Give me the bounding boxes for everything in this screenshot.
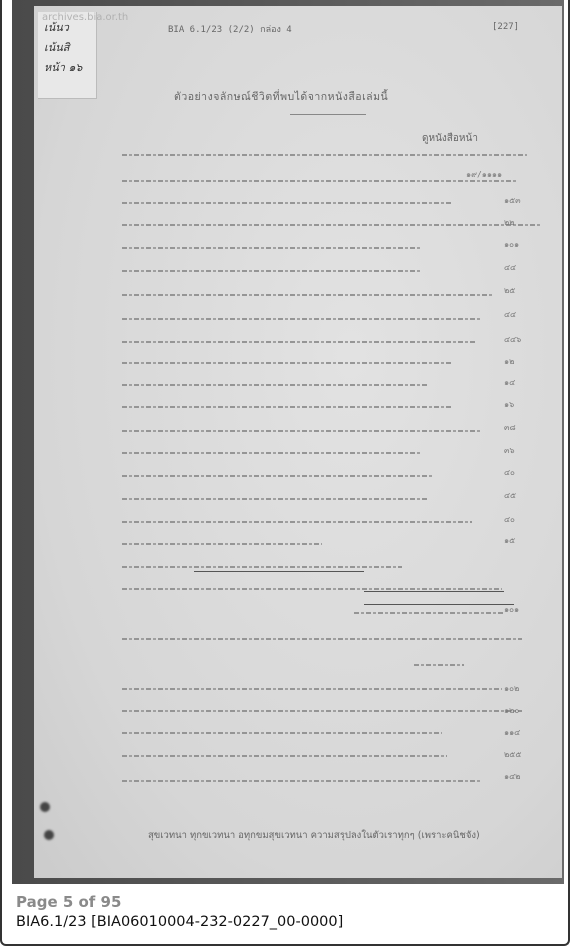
watermark: archives.bia.or.th xyxy=(42,12,128,23)
page-indicator: Page 5 of 95 xyxy=(16,893,343,912)
typed-text-line xyxy=(414,664,464,666)
typed-text-line xyxy=(122,638,522,640)
typed-text-line xyxy=(122,247,422,249)
page-number-mark: [227] xyxy=(492,22,519,32)
typed-text-line xyxy=(122,688,502,690)
page-reference: ๔๔ xyxy=(504,261,516,274)
page-reference: ๒๒ xyxy=(504,216,515,229)
page-reference: ๓๘ xyxy=(504,421,516,434)
typed-text-line xyxy=(122,406,452,408)
page-reference: ๒๕๕ xyxy=(504,748,521,761)
strikethrough-mark xyxy=(364,591,504,592)
typed-text-line xyxy=(122,543,322,545)
tab-note: หน้า ๑๖ xyxy=(44,58,82,76)
page-reference: ๔๕ xyxy=(504,489,516,502)
page-reference: ๑๔๒ xyxy=(504,770,520,783)
typed-text-line xyxy=(122,180,517,182)
typed-text-line xyxy=(354,612,504,614)
archive-reference: BIA 6.1/23 (2/2) กล่อง 4 xyxy=(168,22,292,36)
typed-text-line xyxy=(122,732,442,734)
typed-text-line xyxy=(122,710,522,712)
typed-text-line xyxy=(122,270,422,272)
typed-text-line xyxy=(122,224,542,226)
page-reference: ๑๐๑ xyxy=(504,238,519,251)
tab-note: เน้นสิ xyxy=(44,38,70,56)
typed-text-line xyxy=(122,755,447,757)
page-reference: ๑๕๓ xyxy=(504,194,521,207)
strikethrough-mark xyxy=(194,571,364,572)
index-tab: เน้นว เน้นสิ หน้า ๑๖ xyxy=(38,12,97,99)
document-viewer: เน้นว เน้นสิ หน้า ๑๖ archives.bia.or.th … xyxy=(0,0,570,946)
page-reference: ๒๕ xyxy=(504,284,515,297)
typed-text-line xyxy=(122,452,422,454)
typed-text-line xyxy=(122,341,477,343)
page-reference: ๑๐๒ xyxy=(504,682,519,695)
typed-text-line xyxy=(122,294,492,296)
punch-hole xyxy=(44,830,54,840)
typed-text-line xyxy=(122,566,402,568)
page-reference: ๑๔ xyxy=(504,376,515,389)
typed-text-line xyxy=(122,430,482,432)
scanned-page-image[interactable]: เน้นว เน้นสิ หน้า ๑๖ archives.bia.or.th … xyxy=(12,0,564,884)
page-reference: ๑๒ xyxy=(504,355,514,368)
page-reference: ๓๖ xyxy=(504,444,515,457)
typed-text-line xyxy=(122,384,427,386)
paper-sheet: เน้นว เน้นสิ หน้า ๑๖ archives.bia.or.th … xyxy=(34,6,562,878)
typed-text-line xyxy=(122,362,452,364)
page-reference: ๑๖ xyxy=(504,398,514,411)
page-reference: ๔๐ xyxy=(504,513,515,526)
page-reference: ๑๕ xyxy=(504,534,515,547)
typed-text-line xyxy=(122,202,452,204)
page-reference: ๔๐ xyxy=(504,466,515,479)
typed-text-line xyxy=(122,780,482,782)
page-reference: ๔๔ xyxy=(504,308,516,321)
page-reference: ๑๑๔ xyxy=(504,726,520,739)
last-typed-line: สุขเวทนา ทุกขเวทนา อทุกขมสุขเวทนา ความสร… xyxy=(148,828,480,843)
document-identifier: BIA6.1/23 [BIA06010004-232-0227_00-0000] xyxy=(16,912,343,932)
column-heading: ดูหนังสือหน้า xyxy=(422,131,478,146)
typed-text-line xyxy=(122,588,502,590)
strikethrough-mark xyxy=(364,604,514,605)
page-reference: ๑๒๐ xyxy=(504,704,519,717)
typed-text-line xyxy=(122,498,427,500)
page-reference: ๑๙/๑๑๑๑ xyxy=(466,168,502,181)
typed-text-line xyxy=(122,318,482,320)
document-title: ตัวอย่างจลักษณ์ชีวิตที่พบได้จากหนังสือเล… xyxy=(174,88,388,105)
caption: Page 5 of 95 BIA6.1/23 [BIA06010004-232-… xyxy=(16,893,343,932)
typed-text-line xyxy=(122,521,472,523)
typed-text-line xyxy=(122,154,527,156)
page-reference: ๔๔๖ xyxy=(504,333,521,346)
typed-text-line xyxy=(122,475,432,477)
title-underline xyxy=(290,114,366,115)
punch-hole xyxy=(40,802,50,812)
